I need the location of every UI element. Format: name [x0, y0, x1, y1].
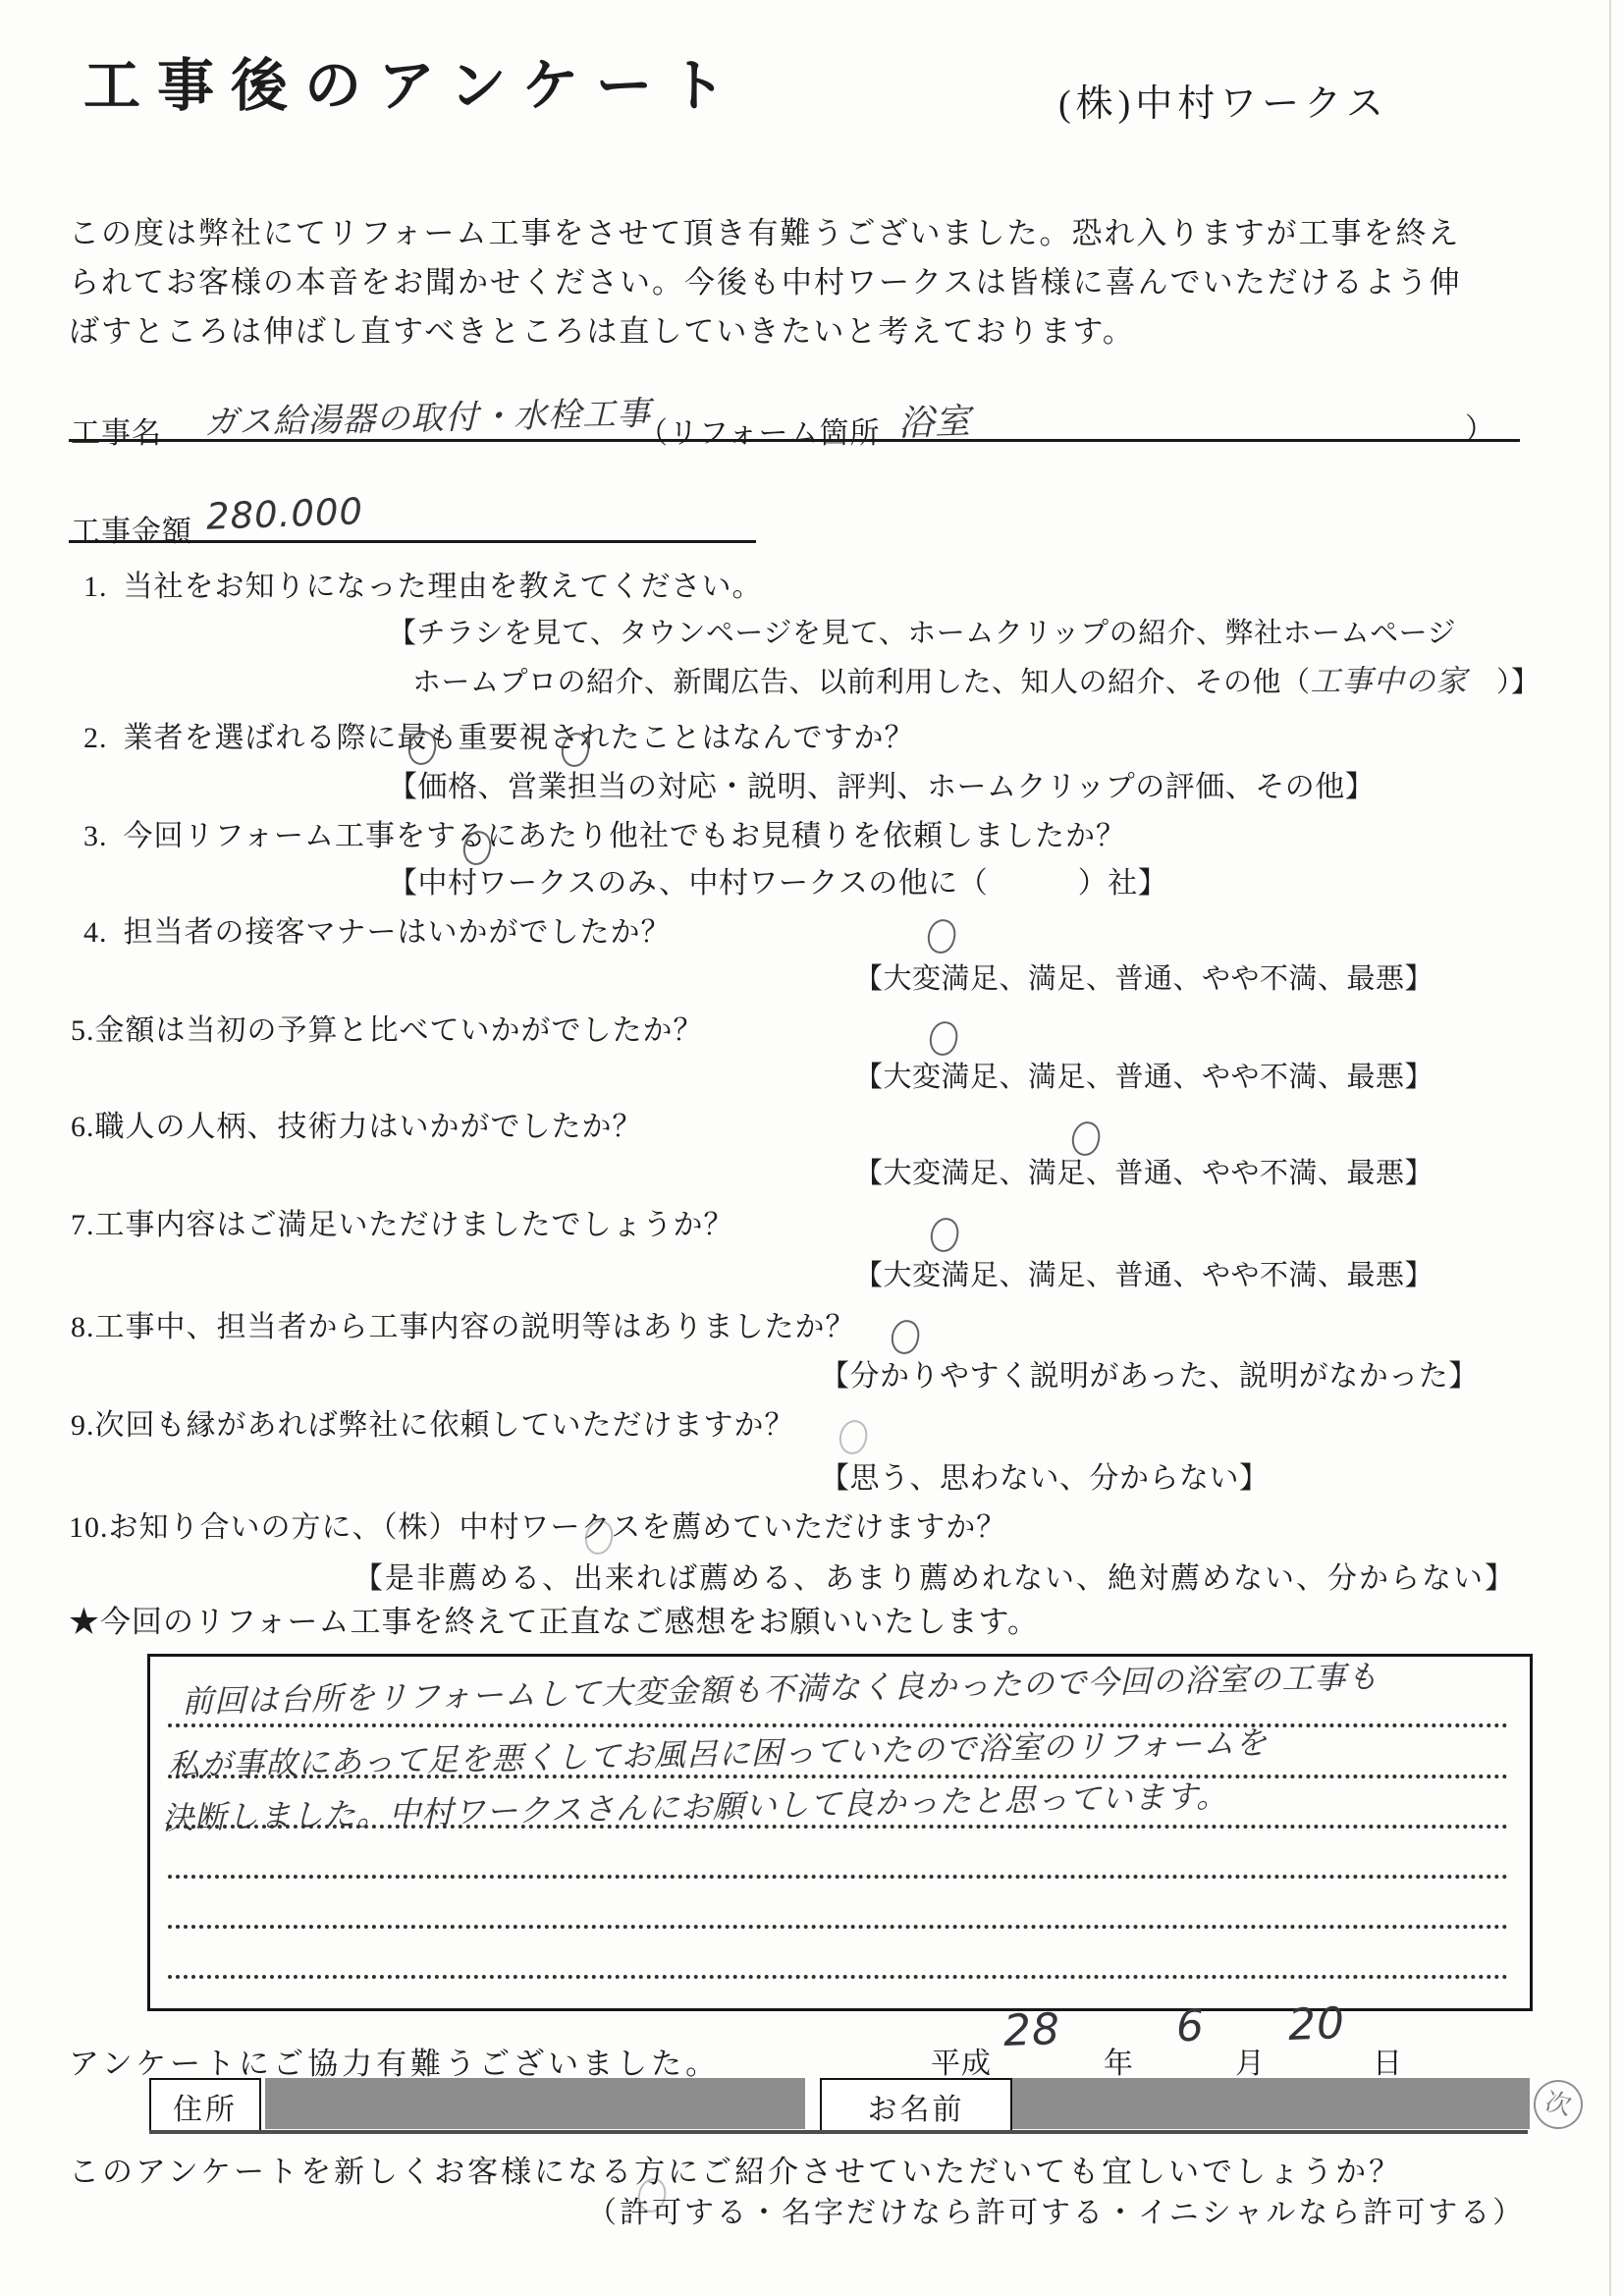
question-1: 1.当社をお知りになった理由を教えてください。: [83, 562, 763, 605]
name-label: お名前: [820, 2078, 1012, 2134]
question-1-options-line-2: ホームプロの紹介、新聞広告、以前利用した、知人の紹介、その他（工事中の家 ）】: [412, 656, 1541, 700]
name-redaction-bar: [1012, 2078, 1530, 2129]
question-3-number: 3.: [83, 820, 108, 852]
comment-box: 前回は台所をリフォームして大変金額も不満なく良かったので今回の浴室の工事も 私が…: [147, 1654, 1533, 2011]
question-8-text: 工事中、担当者から工事内容の説明等はありましたか？: [95, 1311, 856, 1343]
date-year-unit: 年: [1104, 2039, 1134, 2082]
question-9-options: 【思う、思わない、分からない】: [820, 1453, 1270, 1497]
question-8-number: 8.: [71, 1311, 95, 1343]
handwritten-amount: 280.000: [205, 490, 363, 538]
question-6-number: 6.: [71, 1111, 95, 1143]
intro-line-1: この度は弊社にてリフォーム工事をさせて頂き有難うございました。恐れ入りますが工事…: [69, 208, 1460, 252]
question-2-options: 【価格、営業担当の対応・説明、評判、ホームクリップの評価、その他】: [388, 762, 1375, 805]
circle-mark-q5-very-satisfied: [927, 1019, 960, 1058]
circle-mark-q4-very-satisfied: [925, 917, 958, 956]
question-10-number: 10.: [69, 1511, 109, 1544]
amount-label: 工事金額: [71, 507, 192, 550]
handwritten-year: 28: [1002, 2004, 1061, 2056]
handwritten-other-answer: 工事中の家: [1311, 664, 1468, 699]
circle-mark-q7-very-satisfied: [928, 1216, 961, 1254]
question-9: 9.次回も縁があれば弊社に依頼していただけますか？: [71, 1400, 795, 1444]
question-5-text: 金額は当初の予算と比べていかがでしたか？: [95, 1014, 704, 1047]
handwritten-project-name: ガス給湯器の取付・水栓工事: [204, 386, 652, 444]
question-7: 7.工事内容はご満足いただけましたでしょうか？: [71, 1200, 734, 1243]
project-name-label: 工事名: [71, 409, 162, 452]
contact-fields-row: 住所 お名前: [149, 2078, 1530, 2129]
comment-ruled-line: [168, 1875, 1508, 1879]
question-1-options-line-1: 【チラシを見て、タウンページを見て、ホームクリップの紹介、弊社ホームページ: [388, 611, 1456, 651]
scan-edge-artifact: [1609, 0, 1611, 2296]
question-5-options: 【大変満足、満足、普通、やや不満、最悪】: [854, 1055, 1434, 1095]
question-3: 3.今回リフォーム工事をするにあたり他社でもお見積りを依頼しましたか？: [83, 811, 1126, 854]
question-10-text: お知り合いの方に、（株）中村ワークスを薦めていただけますか？: [109, 1511, 1007, 1544]
amount-underline: [69, 540, 756, 543]
question-1-text: 当社をお知りになった理由を教えてください。: [124, 571, 763, 603]
question-7-options: 【大変満足、満足、普通、やや不満、最悪】: [854, 1253, 1434, 1293]
question-9-number: 9.: [71, 1409, 95, 1442]
thanks-message: アンケートにご協力有難うございました。: [69, 2039, 720, 2083]
intro-line-3: ばすところは伸ばし直すべきところは直していきたいと考えております。: [69, 306, 1135, 351]
comment-ruled-line: [168, 1925, 1508, 1929]
address-label: 住所: [149, 2078, 261, 2134]
question-6: 6.職人の人柄、技術力はいかがでしたか？: [71, 1102, 643, 1145]
comment-prompt: ★今回のリフォーム工事を終えて正直なご感想をお願いいたします。: [69, 1597, 1039, 1641]
question-6-text: 職人の人柄、技術力はいかがでしたか？: [95, 1111, 643, 1143]
question-5: 5.金額は当初の予算と比べていかがでしたか？: [71, 1006, 704, 1049]
question-4-options: 【大変満足、満足、普通、やや不満、最悪】: [854, 957, 1434, 997]
question-3-options: 【中村ワークスのみ、中村ワークスの他に（ ）社】: [388, 858, 1167, 902]
date-era-label: 平成: [931, 2039, 992, 2082]
handwritten-day: 20: [1287, 1998, 1346, 2050]
project-name-underline: [69, 439, 1520, 442]
question-4-text: 担当者の接客マナーはいかがでしたか？: [124, 916, 672, 949]
comment-ruled-line: [168, 1825, 1508, 1829]
question-2: 2.業者を選ばれる際に最も重要視されたことはなんですか？: [83, 713, 915, 756]
date-month-unit: 月: [1235, 2039, 1266, 2082]
handwritten-comment-line-1: 前回は台所をリフォームして大変金額も不満なく良かったので今回の浴室の工事も: [182, 1652, 1380, 1722]
comment-ruled-line: [168, 1975, 1508, 1979]
question-6-options: 【大変満足、満足、普通、やや不満、最悪】: [854, 1151, 1434, 1191]
question-2-number: 2.: [83, 722, 108, 754]
reform-location-label: （リフォーム箇所: [638, 409, 881, 452]
question-8: 8.工事中、担当者から工事内容の説明等はありましたか？: [71, 1302, 856, 1345]
fields-row-underline: [149, 2130, 1528, 2134]
comment-ruled-line: [168, 1775, 1508, 1778]
circle-mark-q9-would-ask-again: [837, 1418, 870, 1456]
company-name: (株)中村ワークス: [1058, 73, 1388, 127]
referral-question: このアンケートを新しくお客様になる方にご紹介させていただいても宜しいでしょうか？: [69, 2147, 1402, 2191]
question-7-text: 工事内容はご満足いただけましたでしょうか？: [95, 1209, 734, 1241]
question-4-number: 4.: [83, 916, 108, 949]
question-10: 10.お知り合いの方に、（株）中村ワークスを薦めていただけますか？: [69, 1503, 1006, 1546]
question-2-text: 業者を選ばれる際に最も重要視されたことはなんですか？: [124, 722, 915, 754]
question-10-options: 【是非薦める、出来れば薦める、あまり薦めれない、絶対薦めない、分からない】: [353, 1554, 1516, 1597]
question-5-number: 5.: [71, 1014, 95, 1047]
question-1-number: 1.: [83, 571, 108, 603]
address-redaction-bar: [265, 2078, 805, 2129]
survey-scan-page: 工事後のアンケート (株)中村ワークス この度は弊社にてリフォーム工事をさせて頂…: [0, 0, 1623, 2296]
question-8-options: 【分かりやすく説明があった、説明がなかった】: [820, 1351, 1479, 1394]
next-page-stamp: 次: [1529, 2075, 1589, 2135]
intro-line-2: られてお客様の本音をお聞かせください。今後も中村ワークスは皆様に喜んでいただける…: [69, 257, 1462, 301]
question-3-text: 今回リフォーム工事をするにあたり他社でもお見積りを依頼しましたか？: [124, 820, 1127, 852]
question-7-number: 7.: [71, 1209, 95, 1241]
page-title: 工事後のアンケート: [83, 39, 743, 122]
date-day-unit: 日: [1373, 2039, 1403, 2082]
handwritten-month: 6: [1175, 2001, 1205, 2052]
referral-options: （許可する・名字だけなら許可する・イニシャルなら許可する）: [587, 2188, 1525, 2231]
question-4: 4.担当者の接客マナーはいかがでしたか？: [83, 907, 672, 951]
question-9-text: 次回も縁があれば弊社に依頼していただけますか？: [95, 1409, 795, 1442]
